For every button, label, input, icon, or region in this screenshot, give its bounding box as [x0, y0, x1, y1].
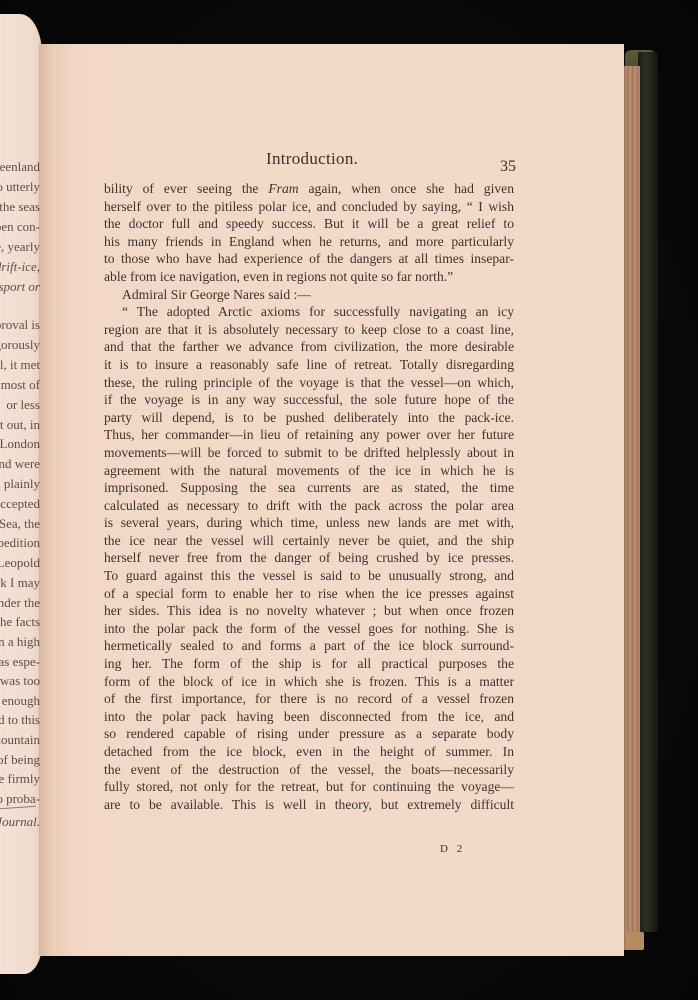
- text-line: imprisoned. Supposing the sea currents a…: [104, 479, 514, 497]
- left-page-text-fragment: Leopold: [0, 556, 40, 569]
- text-line: herself never free from the danger of be…: [104, 549, 514, 567]
- text-line: of a special form to enable her to rise …: [104, 585, 514, 603]
- text-line: her sides. This idea is no novelty whate…: [104, 602, 514, 620]
- text-line: movements—will be forced to submit to be…: [104, 444, 514, 462]
- ship-name-italic: Fram: [268, 181, 298, 196]
- left-page-text-fragment: and were: [0, 457, 40, 470]
- left-page-text-fragment: e, yearly: [0, 240, 40, 253]
- left-page-text-fragment: ed to this: [0, 713, 40, 726]
- text-line: able from ice navigation, even in region…: [104, 268, 514, 286]
- left-page-text-fragment: pen con-: [0, 220, 40, 233]
- left-page-text-fragment: vas espe-: [0, 655, 40, 668]
- left-page-curled: Greenlando utterlythe seaspen con-e, yea…: [0, 14, 42, 974]
- text-line: so rendered capable of rising under pres…: [104, 725, 514, 743]
- left-page-text-fragment: Greenland: [0, 160, 40, 173]
- left-page-text-fragment: the seas: [0, 200, 40, 213]
- text-line: hermetically sealed to and forms a part …: [104, 637, 514, 655]
- text-line: agreement with the natural movements of …: [104, 462, 514, 480]
- text-line: into the polar pack having been disconne…: [104, 708, 514, 726]
- left-page-text-fragment: o proba-: [0, 792, 40, 805]
- gutter-shadow: [40, 44, 70, 956]
- left-page-text-fragment: n a high: [0, 635, 40, 648]
- page-number: 35: [500, 158, 516, 176]
- text-line: these, the ruling principle of the voyag…: [104, 374, 514, 392]
- left-page-text-fragment: n plainly: [0, 477, 40, 490]
- text-line: and that the farther we advance from civ…: [104, 338, 514, 356]
- left-page-text-fragment: was too: [0, 674, 40, 687]
- text-line: the ice near the vessel will certainly n…: [104, 532, 514, 550]
- text-line: To guard against this the vessel is said…: [104, 567, 514, 585]
- signature-mark: D 2: [440, 843, 465, 855]
- left-page-text-fragment: accepted: [0, 497, 40, 510]
- text-line: fully stored, not only for the retreat, …: [104, 778, 514, 796]
- text-line: calculated as necessary to drift with th…: [104, 497, 514, 515]
- book-cover-spine-edge: [638, 52, 658, 932]
- text-line: it is to insure a reasonably safe line o…: [104, 356, 514, 374]
- text-line: Thus, her commander—in lieu of retaining…: [104, 426, 514, 444]
- left-page-text-fragment: o utterly: [0, 180, 40, 193]
- text-line: to those who have had experience of the …: [104, 250, 514, 268]
- left-page-text-fragment: et out, in: [0, 418, 40, 431]
- left-page-text-fragment: the facts: [0, 615, 40, 628]
- left-page-text-fragment: of being: [0, 753, 40, 766]
- text-line: region are that it is absolutely necessa…: [104, 321, 514, 339]
- left-page-text-fragment: proval is: [0, 318, 40, 331]
- text-line: of the first importance, for there is no…: [104, 690, 514, 708]
- left-page-text-fragment: most of: [1, 378, 40, 391]
- text-line: his many friends in England when he retu…: [104, 233, 514, 251]
- text-line: “ The adopted Arctic axioms for successf…: [104, 303, 514, 321]
- left-page-text-fragment: t Journal.: [0, 815, 40, 828]
- text-line: is several years, during which time, unl…: [104, 514, 514, 532]
- left-page-text-fragment: London: [0, 437, 40, 450]
- text-line: are to be available. This is well in the…: [104, 796, 514, 814]
- text-line: the event of the destruction of the vess…: [104, 761, 514, 779]
- left-page-text-fragment: nder the: [0, 596, 40, 609]
- left-page-text-fragment: Sea, the: [0, 517, 40, 530]
- running-head: Introduction.: [266, 149, 358, 169]
- text-line: ing her. The form of the ship is for all…: [104, 655, 514, 673]
- left-page-text-fragment: nountain: [0, 733, 40, 746]
- left-page-text-fragment: e firmly: [0, 772, 40, 785]
- left-page-text-fragment: isport or: [0, 280, 40, 293]
- text-line: into the polar pack the form of the vess…: [104, 620, 514, 638]
- left-page-text-fragment: igorously: [0, 338, 40, 351]
- left-page-text-fragment: enough: [2, 694, 40, 707]
- left-page-text-fragment: l, it met: [0, 358, 40, 371]
- text-line: bility of ever seeing the Fram again, wh…: [104, 180, 514, 198]
- page-block-fore-edge: [624, 66, 640, 946]
- left-page-text-fragment: or less: [6, 398, 40, 411]
- left-page-text-fragment: xpedition: [0, 536, 40, 549]
- text-line: detached from the ice block, even in the…: [104, 743, 514, 761]
- left-page-text-fragment: nk I may: [0, 576, 40, 589]
- text-line: party will depend, is to be pushed delib…: [104, 409, 514, 427]
- text-line: the doctor full and speedy success. But …: [104, 215, 514, 233]
- footnote-rule: [0, 806, 36, 810]
- text-line: form of the block of ice in which she is…: [104, 673, 514, 691]
- text-line: if the voyage is in any way successful, …: [104, 391, 514, 409]
- left-page-text-fragment: drift-ice,: [0, 260, 40, 273]
- text-line: herself over to the pitiless polar ice, …: [104, 198, 514, 216]
- text-line: Admiral Sir George Nares said :—: [104, 286, 514, 304]
- body-text: bility of ever seeing the Fram again, wh…: [104, 180, 514, 813]
